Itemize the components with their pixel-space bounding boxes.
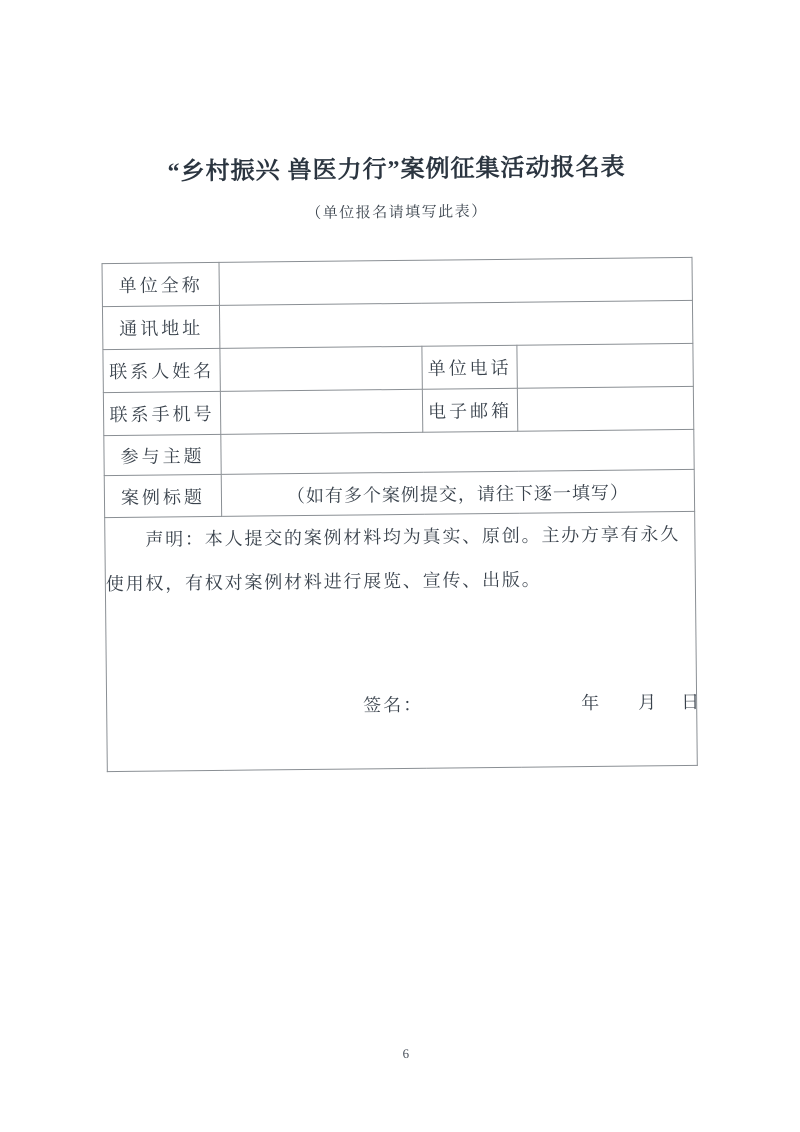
theme-value-cell (221, 429, 694, 474)
email-value-cell (517, 386, 693, 431)
email-label: 电子邮箱 (422, 388, 517, 432)
address-value-cell (219, 300, 692, 348)
unit-phone-label: 单位电话 (422, 345, 517, 389)
contact-name-label: 联系人姓名 (103, 348, 220, 392)
declaration-line-2: 使用权，有权对案例材料进行展览、宣传、出版。 (106, 556, 695, 606)
theme-label: 参与主题 (104, 434, 221, 475)
table-row: 案例标题 （如有多个案例提交，请往下逐一填写） (104, 469, 694, 517)
table-row: 参与主题 (104, 429, 694, 475)
declaration-line-1: 声明：本人提交的案例材料均为真实、原创。主办方享有永久 (105, 512, 694, 562)
table-row: 通讯地址 (102, 300, 692, 349)
table-row: 声明：本人提交的案例材料均为真实、原创。主办方享有永久 使用权，有权对案例材料进… (105, 511, 698, 771)
form-subtitle: （单位报名请填写此表） (0, 197, 797, 226)
registration-table: 单位全称 通讯地址 联系人姓名 单位电话 联系手机号 电子邮箱 参与主题 (102, 257, 698, 772)
unit-name-label: 单位全称 (102, 262, 219, 306)
case-title-label: 案例标题 (104, 474, 221, 517)
unit-phone-value-cell (517, 343, 693, 388)
date-month-label: 月 (638, 688, 658, 714)
declaration-cell: 声明：本人提交的案例材料均为真实、原创。主办方享有永久 使用权，有权对案例材料进… (105, 511, 698, 771)
mobile-label: 联系手机号 (103, 391, 220, 435)
table-row: 单位全称 (102, 257, 692, 306)
form-title: “乡村振兴 兽医力行”案例征集活动报名表 (0, 145, 797, 188)
date-year-label: 年 (581, 689, 601, 715)
page-number: 6 (6, 1042, 800, 1066)
address-label: 通讯地址 (102, 305, 219, 349)
case-title-note: （如有多个案例提交，请往下逐一填写） (221, 469, 694, 516)
table-row: 联系手机号 电子邮箱 (103, 386, 693, 435)
signature-row: 签名： 年 月 日 (107, 688, 696, 722)
mobile-value-cell (220, 389, 422, 434)
contact-name-value-cell (220, 346, 422, 391)
date-day-label: 日 (681, 688, 697, 714)
table-row: 联系人姓名 单位电话 (103, 343, 693, 392)
signature-label: 签名： (363, 691, 423, 718)
unit-name-value-cell (219, 257, 692, 305)
scanned-form-page: “乡村振兴 兽医力行”案例征集活动报名表 （单位报名请填写此表） 单位全称 通讯… (0, 0, 800, 1132)
